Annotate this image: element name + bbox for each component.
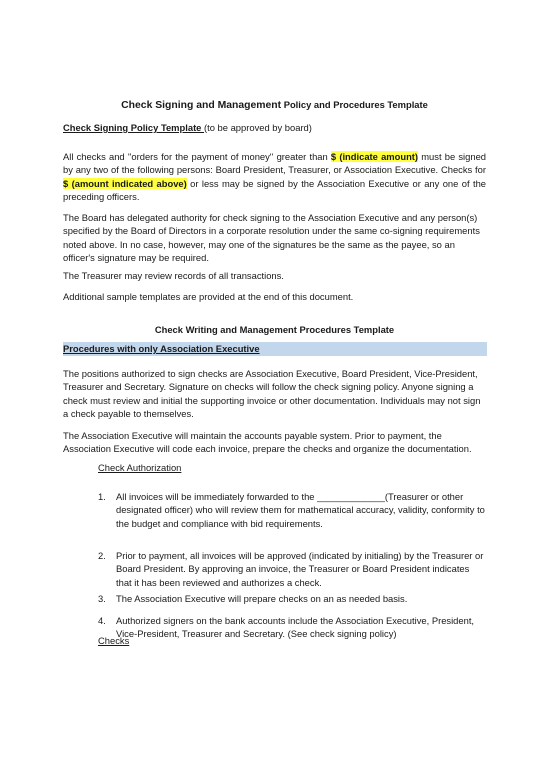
list-text: The Association Executive will prepare c… <box>116 592 486 605</box>
para1-text-a: All checks and ''orders for the payment … <box>63 151 331 162</box>
list-number: 4. <box>98 614 112 627</box>
list-text: Prior to payment, all invoices will be a… <box>116 549 486 589</box>
policy-paragraph-additional: Additional sample templates are provided… <box>63 290 486 303</box>
procedures-paragraph-accounts: The Association Executive will maintain … <box>63 429 486 456</box>
policy-heading: Check Signing Policy Template (to be app… <box>63 121 312 134</box>
checks-heading: Checks <box>98 634 129 647</box>
title-main: Check Signing and Management <box>121 100 281 111</box>
list-text: All invoices will be immediately forward… <box>116 490 486 530</box>
title-rest: Policy and Procedures Template <box>281 99 428 110</box>
procedures-title: Check Writing and Management Procedures … <box>63 323 486 336</box>
document-title: Check Signing and Management Policy and … <box>63 98 486 112</box>
procedures-banner: Procedures with only Association Executi… <box>63 342 487 356</box>
policy-heading-label: Check Signing Policy Template <box>63 122 204 133</box>
list-number: 3. <box>98 592 112 605</box>
policy-heading-note: (to be approved by board) <box>204 122 312 133</box>
list-number: 2. <box>98 549 112 562</box>
highlight-indicate-amount: $ (indicate amount) <box>331 151 418 162</box>
policy-paragraph-delegation: The Board has delegated authority for ch… <box>63 211 486 265</box>
highlight-amount-above: $ (amount indicated above) <box>63 178 187 189</box>
policy-paragraph-amounts: All checks and ''orders for the payment … <box>63 150 486 204</box>
check-authorization-heading: Check Authorization <box>98 461 181 474</box>
procedures-paragraph-positions: The positions authorized to sign checks … <box>63 367 486 421</box>
list-number: 1. <box>98 490 112 503</box>
list-text: Authorized signers on the bank accounts … <box>116 614 486 641</box>
policy-paragraph-treasurer: The Treasurer may review records of all … <box>63 269 486 282</box>
